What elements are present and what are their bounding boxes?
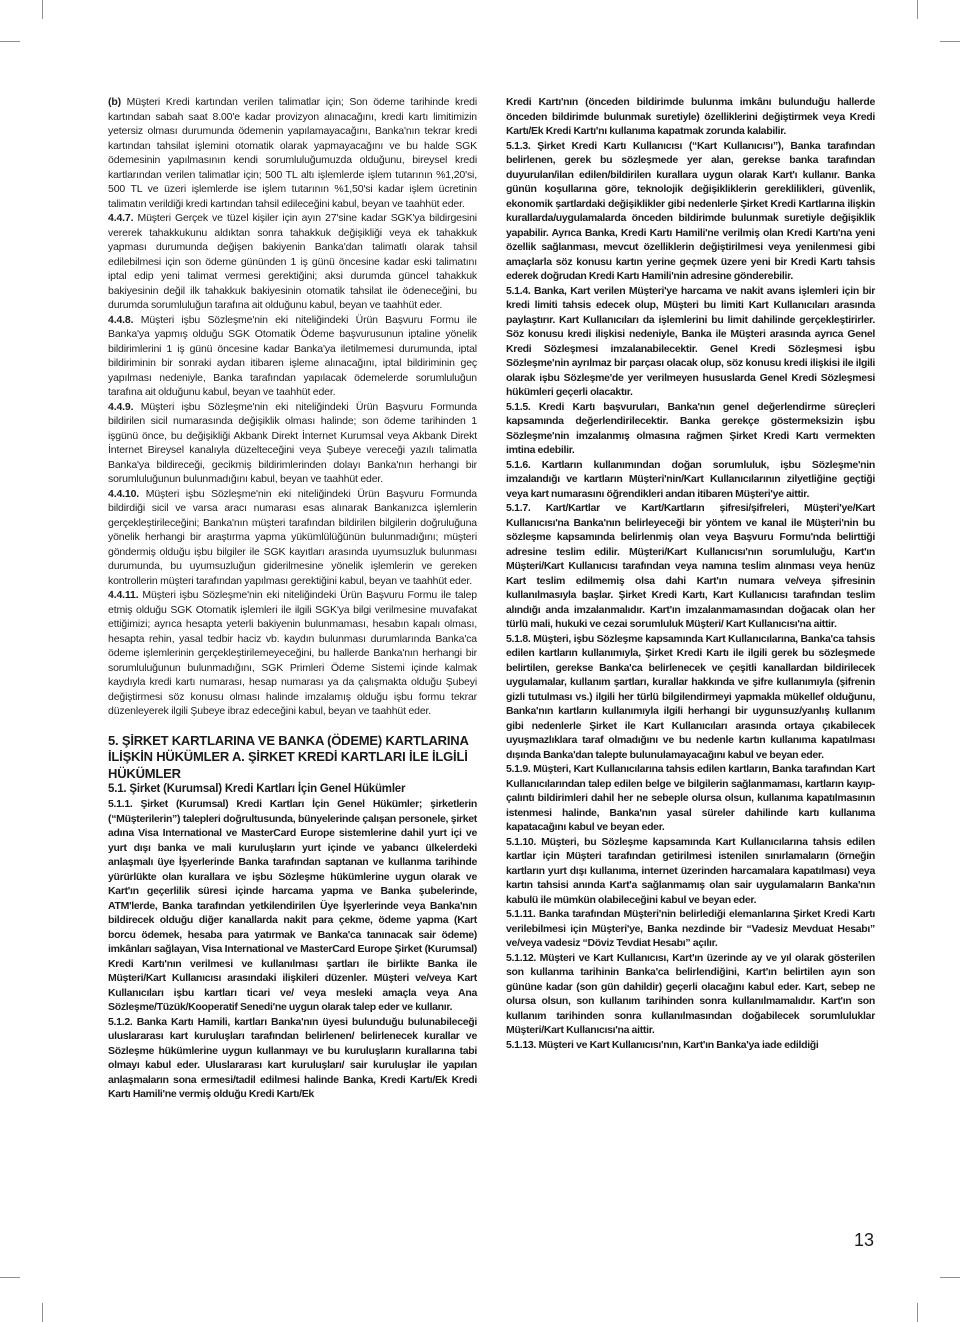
paragraph: 5.1.1. Şirket (Kurumsal) Kredi Kartları … (108, 797, 477, 1015)
crop-mark-top-left-horizontal (0, 41, 20, 42)
section-heading: 5. ŞİRKET KARTLARINA VE BANKA (ÖDEME) KA… (108, 733, 477, 783)
paragraph: 5.1.4. Banka, Kart verilen Müşteri'ye ha… (506, 284, 875, 400)
paragraph: 5.1.2. Banka Kartı Hamili, kartları Bank… (108, 1015, 477, 1102)
right-column: Kredi Kartı'nın (önceden bildirimde bulu… (506, 95, 875, 1102)
crop-mark-top-right-horizontal (940, 41, 960, 42)
paragraph: 5.1.3. Şirket Kredi Kartı Kullanıcısı (“… (506, 139, 875, 284)
paragraph-number: 5.1.4. (506, 285, 534, 297)
paragraph-number: 4.4.7. (108, 212, 138, 224)
paragraph-number: (b) (108, 96, 127, 108)
crop-mark-bottom-right-horizontal (940, 1277, 960, 1278)
crop-mark-bottom-right-vertical (917, 1303, 918, 1322)
paragraph: 5.1.6. Kartların kullanımından doğan sor… (506, 458, 875, 502)
paragraph: 5.1.7. Kart/Kartlar ve Kart/Kartların şi… (506, 501, 875, 632)
paragraph-number: 5.1.12. (506, 952, 540, 964)
paragraph: 5.1.13. Müşteri ve Kart Kullanıcısı'nın,… (506, 1038, 875, 1053)
subsection-heading: 5.1. Şirket (Kurumsal) Kredi Kartları İç… (108, 782, 477, 797)
paragraph-number: 5.1.10. (506, 836, 541, 848)
paragraph-number: 5.1.13. (506, 1039, 538, 1051)
paragraph: 4.4.7. Müşteri Gerçek ve tüzel kişiler i… (108, 211, 477, 313)
paragraph-number: 5.1.5. (506, 401, 539, 413)
page-number: 13 (505, 1229, 874, 1251)
crop-mark-bottom-left-horizontal (0, 1277, 20, 1278)
paragraph: 4.4.8. Müşteri işbu Sözleşme'nin eki nit… (108, 313, 477, 400)
paragraph: 5.1.8. Müşteri, işbu Sözleşme kapsamında… (506, 632, 875, 763)
crop-mark-bottom-left-vertical (42, 1303, 43, 1322)
paragraph-number: 4.4.11. (108, 589, 142, 601)
paragraph: 5.1.5. Kredi Kartı başvuruları, Banka'nı… (506, 400, 875, 458)
paragraph: Kredi Kartı'nın (önceden bildirimde bulu… (506, 95, 875, 139)
paragraph-number: 5.1.9. (506, 763, 533, 775)
paragraph-number: 4.4.8. (108, 314, 141, 326)
crop-mark-top-right-vertical (917, 0, 918, 19)
paragraph-number: 5.1.11. (506, 908, 539, 920)
paragraph: 4.4.11. Müşteri işbu Sözleşme'nin eki ni… (108, 588, 477, 719)
two-column-text-block: (b) Müşteri Kredi kartından verilen tali… (108, 95, 876, 1102)
document-page: (b) Müşteri Kredi kartından verilen tali… (0, 0, 960, 1322)
paragraph-number: 5.1.7. (506, 502, 546, 514)
paragraph-number: 4.4.10. (108, 488, 146, 500)
paragraph: 5.1.9. Müşteri, Kart Kullanıcılarına tah… (506, 762, 875, 835)
paragraph: 5.1.12. Müşteri ve Kart Kullanıcısı, Kar… (506, 951, 875, 1038)
paragraph: 5.1.10. Müşteri, bu Sözleşme kapsamında … (506, 835, 875, 908)
paragraph: 5.1.11. Banka tarafından Müşteri'nin bel… (506, 907, 875, 951)
paragraph-number: 4.4.9. (108, 401, 141, 413)
paragraph: 4.4.9. Müşteri işbu Sözleşme'nin eki nit… (108, 400, 477, 487)
paragraph-number: 5.1.1. (108, 798, 141, 810)
paragraph-number: 5.1.6. (506, 459, 542, 471)
paragraph-number: 5.1.8. (506, 633, 533, 645)
paragraph: (b) Müşteri Kredi kartından verilen tali… (108, 95, 477, 211)
paragraph-number: 5.1.2. (108, 1016, 137, 1028)
left-column: (b) Müşteri Kredi kartından verilen tali… (108, 95, 477, 1102)
crop-mark-top-left-vertical (42, 0, 43, 19)
paragraph: 4.4.10. Müşteri işbu Sözleşme'nin eki ni… (108, 487, 477, 589)
paragraph-number: 5.1.3. (506, 140, 537, 152)
